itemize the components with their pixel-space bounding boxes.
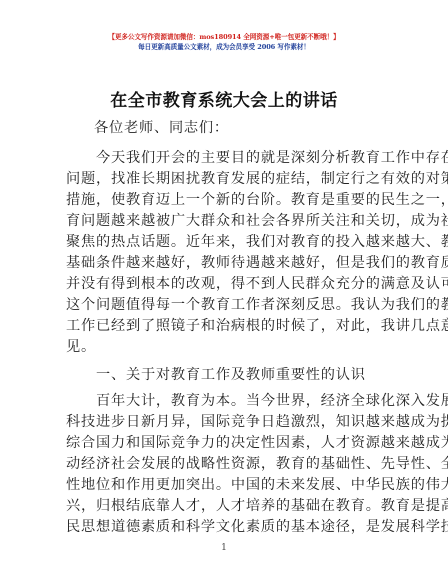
body-line: 综合国力和国际竞争力的决定性因素，人才资源越来越成为推 bbox=[66, 432, 448, 452]
section-heading: 一、关于对教育工作及教师重要性的认识 bbox=[66, 364, 366, 384]
promo-banner-line-1: 【更多公文写作资源请加微信：mos180914 全网资源+唯一包更新不断哦！】 bbox=[0, 31, 448, 41]
body-line: 兴，归根结底靠人才，人才培养的基础在教育。教育是提高人 bbox=[66, 495, 448, 515]
body-line: 这个问题值得每一个教育工作者深刻反思。我认为我们的教育 bbox=[66, 294, 448, 314]
document-title: 在全市教育系统大会上的讲话 bbox=[0, 86, 448, 111]
body-line: 工作已经到了照镜子和治病根的时候了，对此，我讲几点意 bbox=[66, 315, 448, 335]
body-line: 基础条件越来越好，教师待遇越来越好，但是我们的教育质量 bbox=[66, 252, 448, 272]
body-line: 民思想道德素质和科学文化素质的基本途径，是发展科学技术 bbox=[66, 516, 448, 536]
body-line: 今天我们开会的主要目的就是深刻分析教育工作中存在的 bbox=[66, 147, 448, 167]
body-line: 性地位和作用更加突出。中国的未来发展、中华民族的伟大复 bbox=[66, 474, 448, 494]
body-line: 并没有得到根本的改观，得不到人民群众充分的满意及认可， bbox=[66, 273, 448, 293]
body-line: 措施，使教育迈上一个新的台阶。教育是重要的民生之一，教 bbox=[66, 189, 448, 209]
promo-banner-line-2: 每日更新高质量公文素材，成为会员享受 2006 写作素材！ bbox=[0, 41, 448, 51]
salutation: 各位老师、同志们： bbox=[94, 117, 229, 137]
body-line: 育问题越来越被广大群众和社会各界所关注和关切，成为社会 bbox=[66, 210, 448, 230]
page-number: 1 bbox=[0, 543, 448, 553]
body-line: 百年大计，教育为本。当今世界，经济全球化深入发展， bbox=[66, 390, 448, 410]
document-page: 【更多公文写作资源请加微信：mos180914 全网资源+唯一包更新不断哦！】 … bbox=[0, 0, 448, 580]
body-line: 问题，找准长期困扰教育发展的症结，制定行之有效的对策和 bbox=[66, 168, 448, 188]
body-line: 科技进步日新月异，国际竞争日趋激烈，知识越来越成为提高 bbox=[66, 411, 448, 431]
body-line: 见。 bbox=[66, 336, 96, 356]
body-line: 动经济社会发展的战略性资源，教育的基础性、先导性、全局 bbox=[66, 453, 448, 473]
body-line: 聚焦的热点话题。近年来，我们对教育的投入越来越大、教育 bbox=[66, 231, 448, 251]
